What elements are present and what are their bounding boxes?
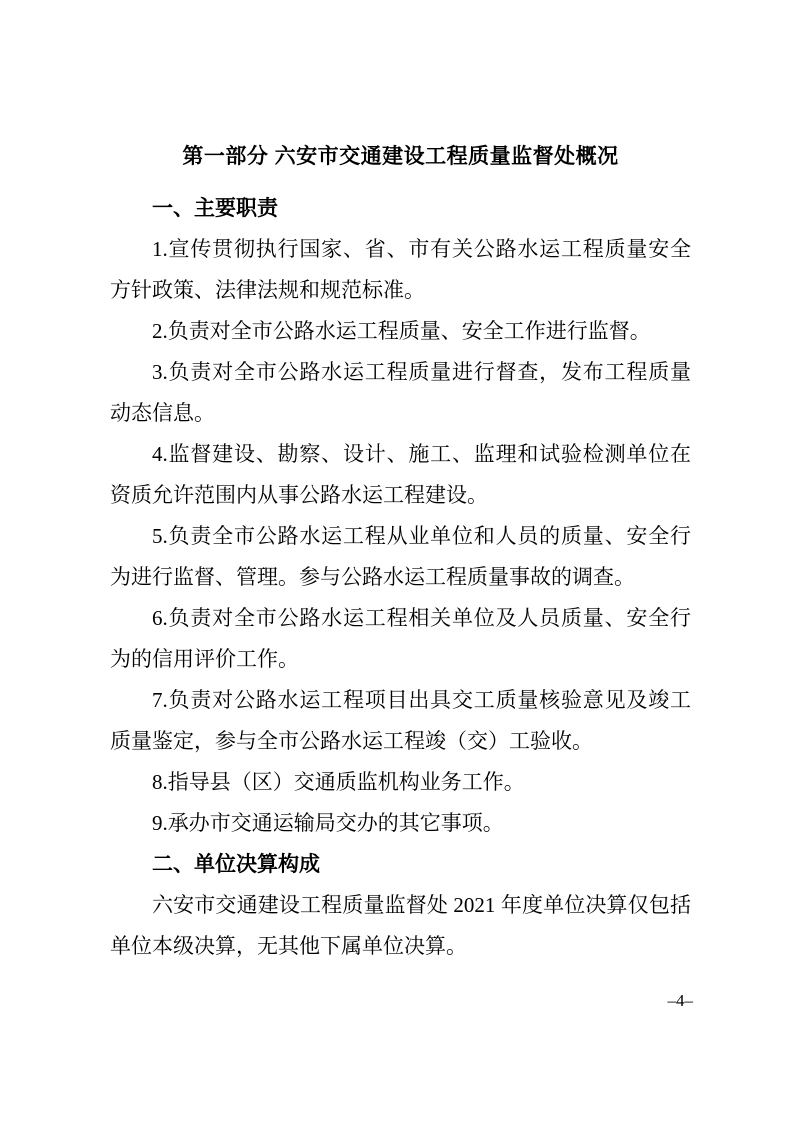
section-heading-main-duties: 一、主要职责	[110, 188, 691, 229]
document-title: 第一部分 六安市交通建设工程质量监督处概况	[110, 136, 691, 178]
document-page: 第一部分 六安市交通建设工程质量监督处概况 一、主要职责 1.宣传贯彻执行国家、…	[0, 0, 793, 1122]
duty-paragraph-9: 9.承办市交通运输局交办的其它事项。	[110, 803, 691, 844]
duty-paragraph-5: 5.负责全市公路水运工程从业单位和人员的质量、安全行为进行监督、管理。参与公路水…	[110, 516, 691, 598]
section-heading-budget-composition: 二、单位决算构成	[110, 844, 691, 885]
document-content: 第一部分 六安市交通建设工程质量监督处概况 一、主要职责 1.宣传贯彻执行国家、…	[110, 136, 691, 967]
duty-paragraph-3: 3.负责对全市公路水运工程质量进行督查，发布工程质量动态信息。	[110, 352, 691, 434]
duty-paragraph-8: 8.指导县（区）交通质监机构业务工作。	[110, 762, 691, 803]
page-number: –4–	[668, 990, 694, 1012]
duty-paragraph-7: 7.负责对公路水运工程项目出具交工质量核验意见及竣工质量鉴定，参与全市公路水运工…	[110, 680, 691, 762]
duty-paragraph-2: 2.负责对全市公路水运工程质量、安全工作进行监督。	[110, 311, 691, 352]
duty-paragraph-6: 6.负责对全市公路水运工程相关单位及人员质量、安全行为的信用评价工作。	[110, 598, 691, 680]
budget-paragraph-1: 六安市交通建设工程质量监督处 2021 年度单位决算仅包括单位本级决算，无其他下…	[110, 885, 691, 967]
duty-paragraph-1: 1.宣传贯彻执行国家、省、市有关公路水运工程质量安全方针政策、法律法规和规范标准…	[110, 229, 691, 311]
duty-paragraph-4: 4.监督建设、勘察、设计、施工、监理和试验检测单位在资质允许范围内从事公路水运工…	[110, 434, 691, 516]
